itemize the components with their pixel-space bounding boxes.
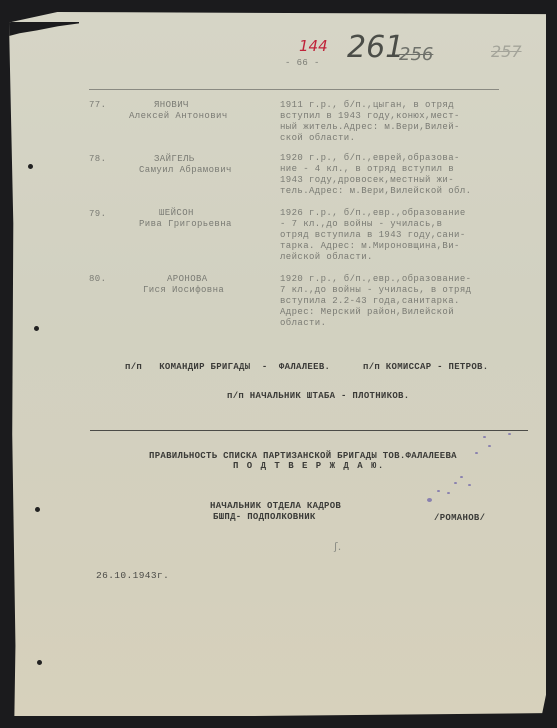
header-rule — [89, 89, 499, 90]
entry-number: 80. — [89, 274, 106, 285]
entry-details-line: 1943 году,дровосек,местный жи- — [280, 175, 454, 186]
entry-surname: ЗАЙГЕЛЬ — [154, 154, 195, 165]
entry-details-line: вступил в 1943 году,конюх,мест- — [280, 111, 460, 122]
pencil-mark: ʃ. — [334, 540, 341, 553]
entry-details-line: - 7 кл.,до войны - училась,в — [280, 219, 442, 230]
punch-hole — [28, 164, 33, 169]
chief-of-staff-signature: п/п НАЧАЛЬНИК ШТАБА - ПЛОТНИКОВ. — [227, 391, 409, 402]
entry-details-line: вступила 2.2-43 года,санитарка. — [280, 296, 460, 307]
entry-details-line: ние - 4 кл., в отряд вступил в — [280, 164, 454, 175]
entry-details-line: лейской области. — [280, 252, 373, 263]
entry-details-line: 1920 г.р., б/п.,еврей,образова- — [280, 153, 460, 164]
separator-rule — [90, 430, 528, 431]
punch-hole — [34, 326, 39, 331]
entry-surname: ЯНОВИЧ — [154, 100, 189, 111]
document-date: 26.10.1943г. — [96, 571, 169, 582]
folio-pencil-struck: 256 — [399, 44, 433, 65]
commander-signature: п/п КОМАНДИР БРИГАДЫ - ФАЛАЛЕЕВ. — [125, 362, 330, 373]
document-page: - 66 - 144 261 256 257 77. ЯНОВИЧ Алексе… — [9, 12, 546, 716]
entry-details-line: ный житель.Адрес: м.Вери,Вилей- — [280, 122, 460, 133]
entry-details-line: 1911 г.р., б/п.,цыган, в отряд — [280, 100, 454, 111]
folio-pencil: 261 — [347, 30, 404, 65]
entry-given-name: Алексей Антонович — [129, 111, 228, 122]
entry-number: 77. — [89, 100, 106, 111]
folio-red: 144 — [299, 37, 328, 55]
entry-given-name: Гися Иосифовна — [143, 285, 224, 296]
official-title-1: НАЧАЛЬНИК ОТДЕЛА КАДРОВ — [210, 501, 341, 512]
entry-details-line: 1926 г.р., б/п.,евр.,образование — [280, 208, 466, 219]
folio-faint-struck: 257 — [491, 42, 522, 61]
entry-details-line: ской области. — [280, 133, 355, 144]
entry-details-line: тарка. Адрес: м.Мироновщина,Ви- — [280, 241, 460, 252]
entry-details-line: тель.Адрес: м.Вери,Вилейской обл. — [280, 186, 471, 197]
certification-line-2: П О Д Т В Е Р Ж Д А Ю. — [233, 461, 385, 472]
commissar-signature: п/п КОМИССАР - ПЕТРОВ. — [363, 362, 488, 373]
certification-line-1: ПРАВИЛЬНОСТЬ СПИСКА ПАРТИЗАНСКОЙ БРИГАДЫ… — [149, 451, 457, 462]
entry-number: 78. — [89, 154, 106, 165]
entry-details-line: 7 кл.,до войны - училась, в отряд — [280, 285, 471, 296]
entry-details-line: Адрес: Мерский район,Вилейской — [280, 307, 454, 318]
entry-given-name: Рива Григорьевна — [139, 219, 232, 230]
entry-surname: ШЕЙСОН — [159, 208, 194, 219]
punch-hole — [35, 507, 40, 512]
page-number: - 66 - — [285, 58, 320, 69]
entry-details-line: области. — [280, 318, 326, 329]
entry-details-line: 1920 г.р., б/п.,евр.,образование- — [280, 274, 471, 285]
entry-number: 79. — [89, 209, 106, 220]
entry-surname: АРОНОВА — [167, 274, 208, 285]
entry-details-line: отряд вступила в 1943 году,сани- — [280, 230, 466, 241]
punch-hole — [37, 660, 42, 665]
torn-corner — [9, 22, 79, 36]
entry-given-name: Самуил Абрамович — [139, 165, 232, 176]
official-title-2: БШПД- ПОДПОЛКОВНИК — [213, 512, 316, 523]
official-name: /РОМАНОВ/ — [434, 513, 485, 524]
